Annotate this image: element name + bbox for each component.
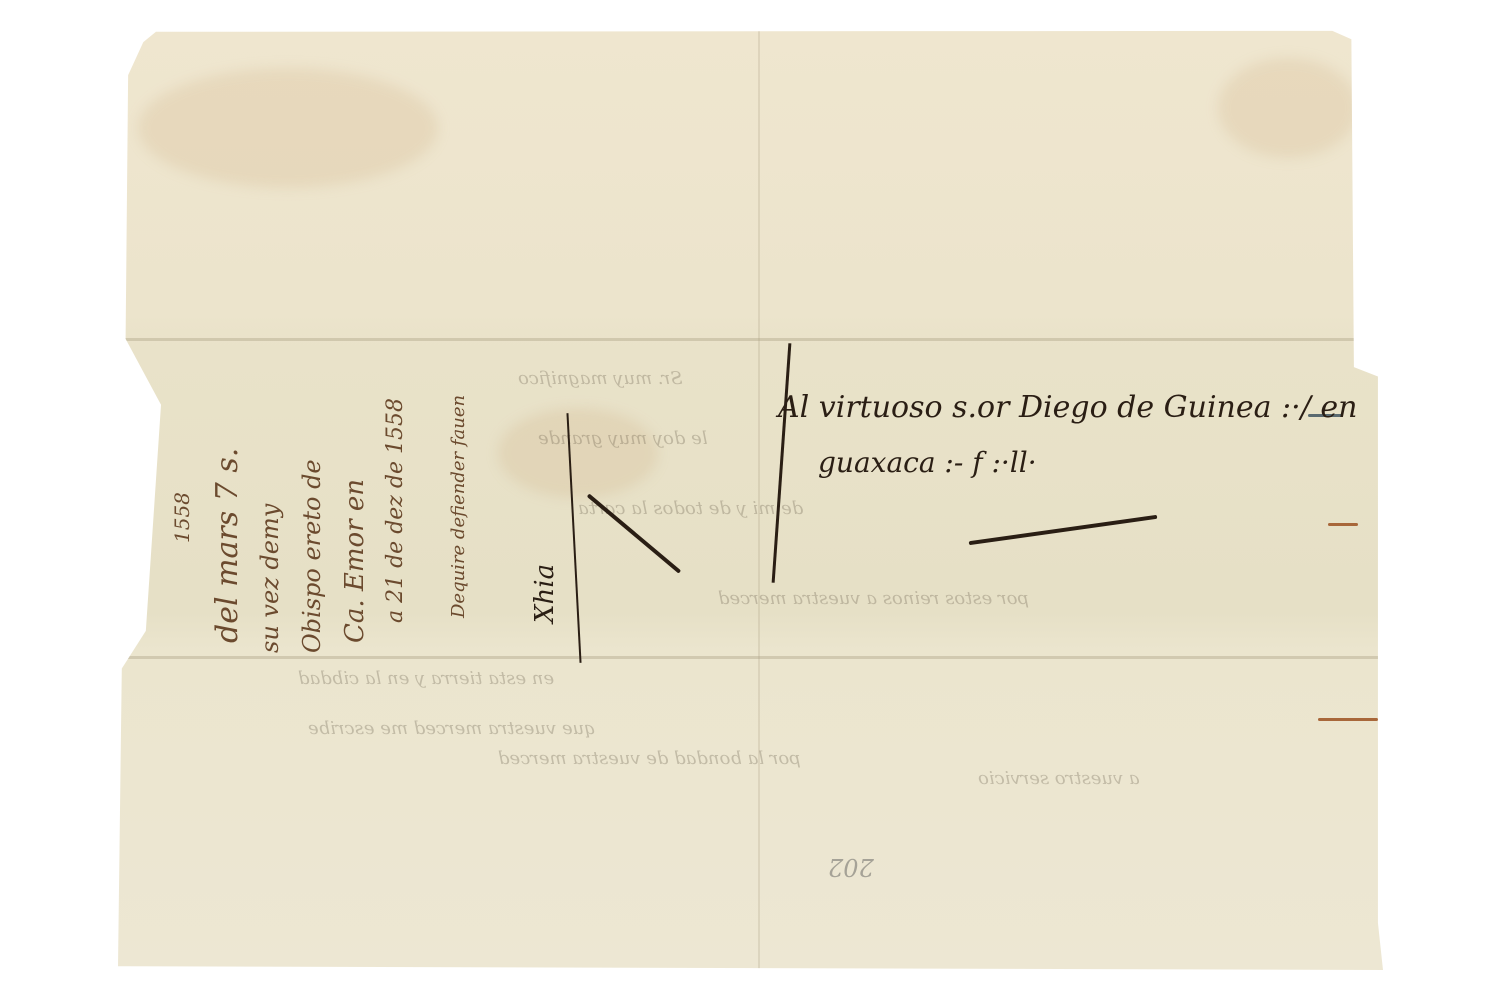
ghost-text: que vuestra merced me escribe xyxy=(308,718,596,739)
ghost-text: por la bondad de vuestra merced xyxy=(498,748,801,769)
address-line-2: guaxaca :- f :·ll· xyxy=(818,446,1037,479)
year-note: 1558 xyxy=(170,492,194,543)
ghost-text: Sr. muy magnifico xyxy=(518,368,683,389)
fold-line-lower xyxy=(118,656,1383,659)
center-note: Xhia xyxy=(530,564,560,623)
margin-mark xyxy=(1318,718,1378,721)
fold-line-upper xyxy=(118,338,1383,341)
annotation-line: del mars 7 s. xyxy=(210,448,245,643)
paraph-flourish xyxy=(969,515,1158,545)
ghost-text: por estos reinos a vuestra merced xyxy=(718,588,1029,609)
ghost-text: en esta tierra y en la cibdad xyxy=(298,668,554,689)
paper-stain xyxy=(498,408,658,498)
annotation-line: Dequire defiender fauen xyxy=(448,395,469,618)
margin-mark xyxy=(1328,523,1358,526)
paper-stain xyxy=(138,68,438,188)
address-flourish xyxy=(772,343,792,583)
manuscript-letter: Sr. muy magnifico le doy muy grande de m… xyxy=(118,28,1383,970)
annotation-line: Ca. Emor en xyxy=(340,479,370,643)
ghost-text: a vuestro servicio xyxy=(978,768,1140,789)
address-line-1: Al virtuoso s.or Diego de Guinea :·/ en xyxy=(778,390,1357,425)
annotation-line: su vez demy xyxy=(256,504,284,653)
pencil-note: 202 xyxy=(828,853,874,881)
annotation-line: a 21 de dez de 1558 xyxy=(383,398,408,623)
ghost-text: le doy muy grande xyxy=(538,428,708,449)
paper-stain xyxy=(1218,58,1358,158)
annotation-line: Obispo ereto de xyxy=(298,459,326,653)
